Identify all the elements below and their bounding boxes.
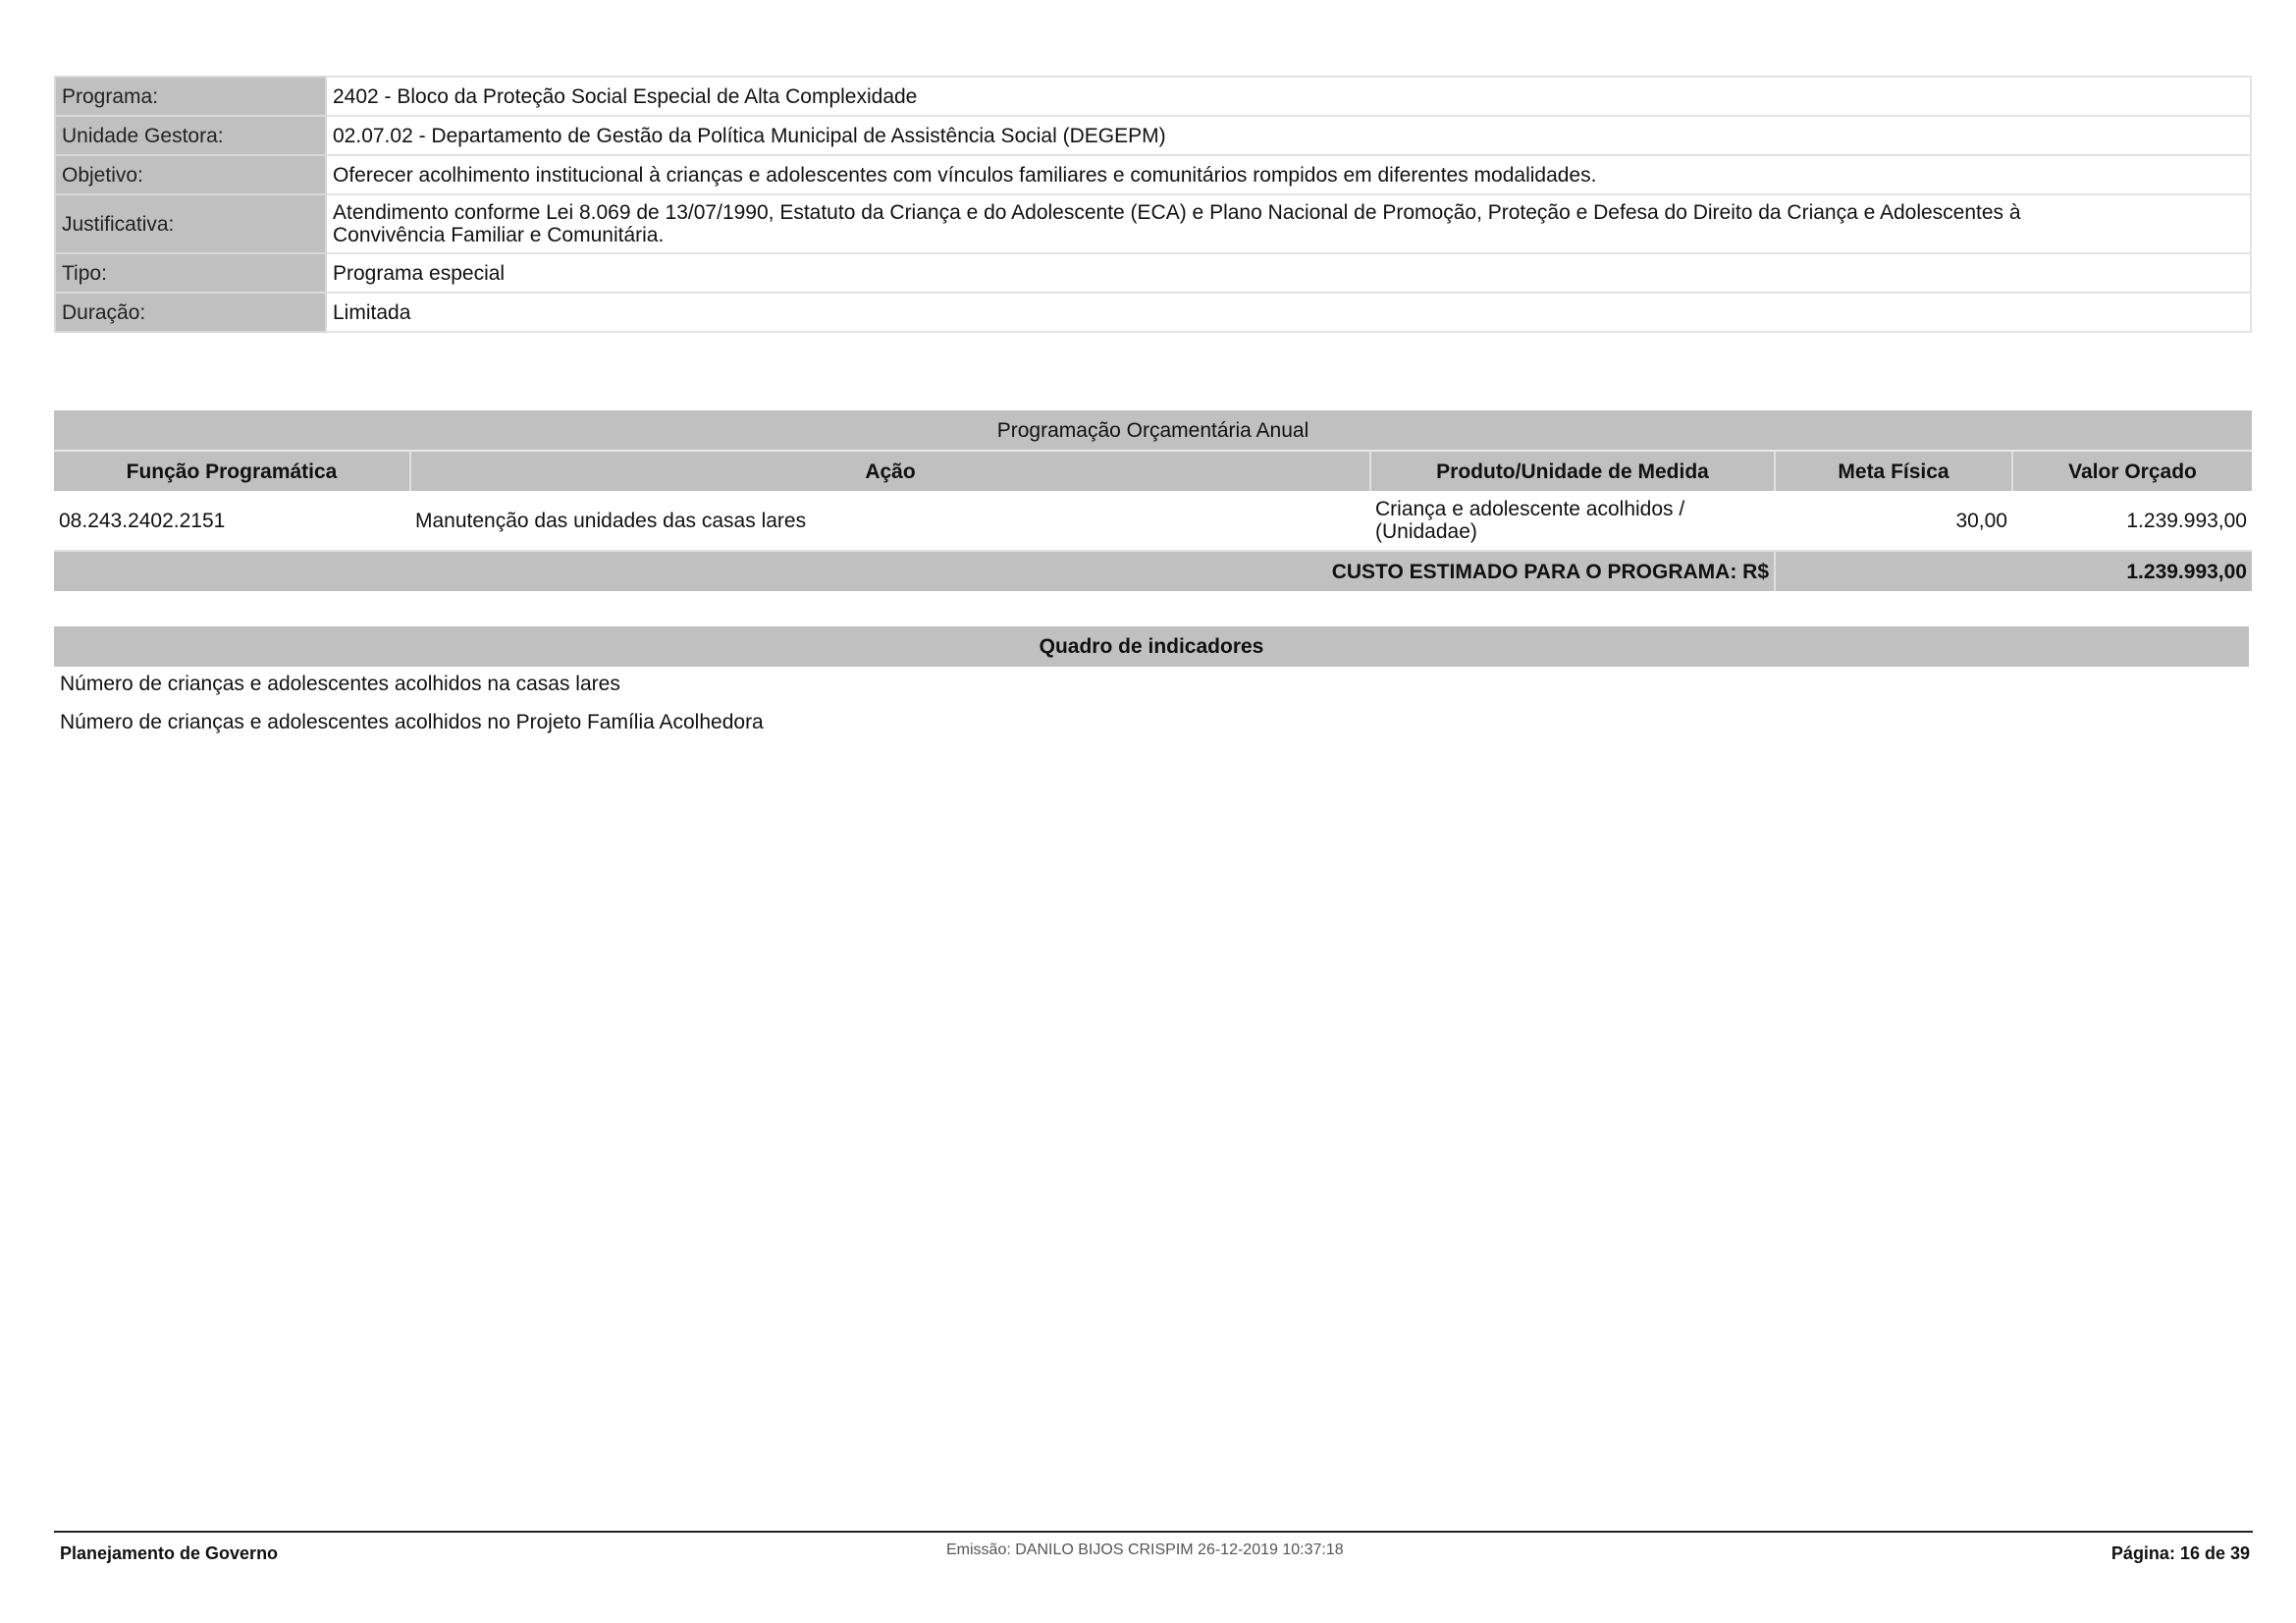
budget-table: Programação Orçamentária Anual Função Pr… <box>54 410 2252 591</box>
total-row: CUSTO ESTIMADO PARA O PROGRAMA: R$ 1.239… <box>54 551 2252 591</box>
info-value: Oferecer acolhimento institucional à cri… <box>326 155 2251 194</box>
info-row-justificativa: Justificativa: Atendimento conforme Lei … <box>55 194 2251 253</box>
total-spacer <box>1775 551 2012 591</box>
info-row-tipo: Tipo: Programa especial <box>55 253 2251 293</box>
footer-page-number: Página: 16 de 39 <box>2111 1543 2250 1564</box>
indicator-item: Número de crianças e adolescentes acolhi… <box>60 711 764 733</box>
budget-header-row: Função Programática Ação Produto/Unidade… <box>54 451 2252 491</box>
indicators-title: Quadro de indicadores <box>54 626 2249 667</box>
col-header-funcao: Função Programática <box>54 451 410 491</box>
budget-title: Programação Orçamentária Anual <box>54 410 2252 451</box>
info-label: Objetivo: <box>55 155 326 194</box>
cell-funcao: 08.243.2402.2151 <box>54 491 410 551</box>
footer-emission-info: Emissão: DANILO BIJOS CRISPIM 26-12-2019… <box>946 1542 1344 1559</box>
program-info-table: Programa: 2402 - Bloco da Proteção Socia… <box>54 76 2252 333</box>
info-value: 02.07.02 - Departamento de Gestão da Pol… <box>326 116 2251 155</box>
info-label: Justificativa: <box>55 194 326 253</box>
footer-divider <box>54 1531 2253 1533</box>
info-label: Duração: <box>55 293 326 332</box>
info-label: Unidade Gestora: <box>55 116 326 155</box>
info-label: Programa: <box>55 77 326 116</box>
info-value: Programa especial <box>326 253 2251 293</box>
table-row: 08.243.2402.2151 Manutenção das unidades… <box>54 491 2252 551</box>
footer-system-name: Planejamento de Governo <box>60 1543 278 1564</box>
cell-acao: Manutenção das unidades das casas lares <box>410 491 1370 551</box>
info-value: Atendimento conforme Lei 8.069 de 13/07/… <box>326 194 2251 253</box>
indicator-item: Número de crianças e adolescentes acolhi… <box>60 673 620 695</box>
col-header-acao: Ação <box>410 451 1370 491</box>
info-row-programa: Programa: 2402 - Bloco da Proteção Socia… <box>55 77 2251 116</box>
cell-meta: 30,00 <box>1775 491 2012 551</box>
col-header-meta: Meta Física <box>1775 451 2012 491</box>
col-header-valor: Valor Orçado <box>2012 451 2252 491</box>
info-row-unidade-gestora: Unidade Gestora: 02.07.02 - Departamento… <box>55 116 2251 155</box>
col-header-produto: Produto/Unidade de Medida <box>1370 451 1775 491</box>
info-row-objetivo: Objetivo: Oferecer acolhimento instituci… <box>55 155 2251 194</box>
total-label: CUSTO ESTIMADO PARA O PROGRAMA: R$ <box>54 551 1775 591</box>
cell-produto: Criança e adolescente acolhidos / (Unida… <box>1370 491 1775 551</box>
total-value: 1.239.993,00 <box>2012 551 2252 591</box>
info-label: Tipo: <box>55 253 326 293</box>
info-value: 2402 - Bloco da Proteção Social Especial… <box>326 77 2251 116</box>
info-row-duracao: Duração: Limitada <box>55 293 2251 332</box>
cell-valor: 1.239.993,00 <box>2012 491 2252 551</box>
info-value: Limitada <box>326 293 2251 332</box>
